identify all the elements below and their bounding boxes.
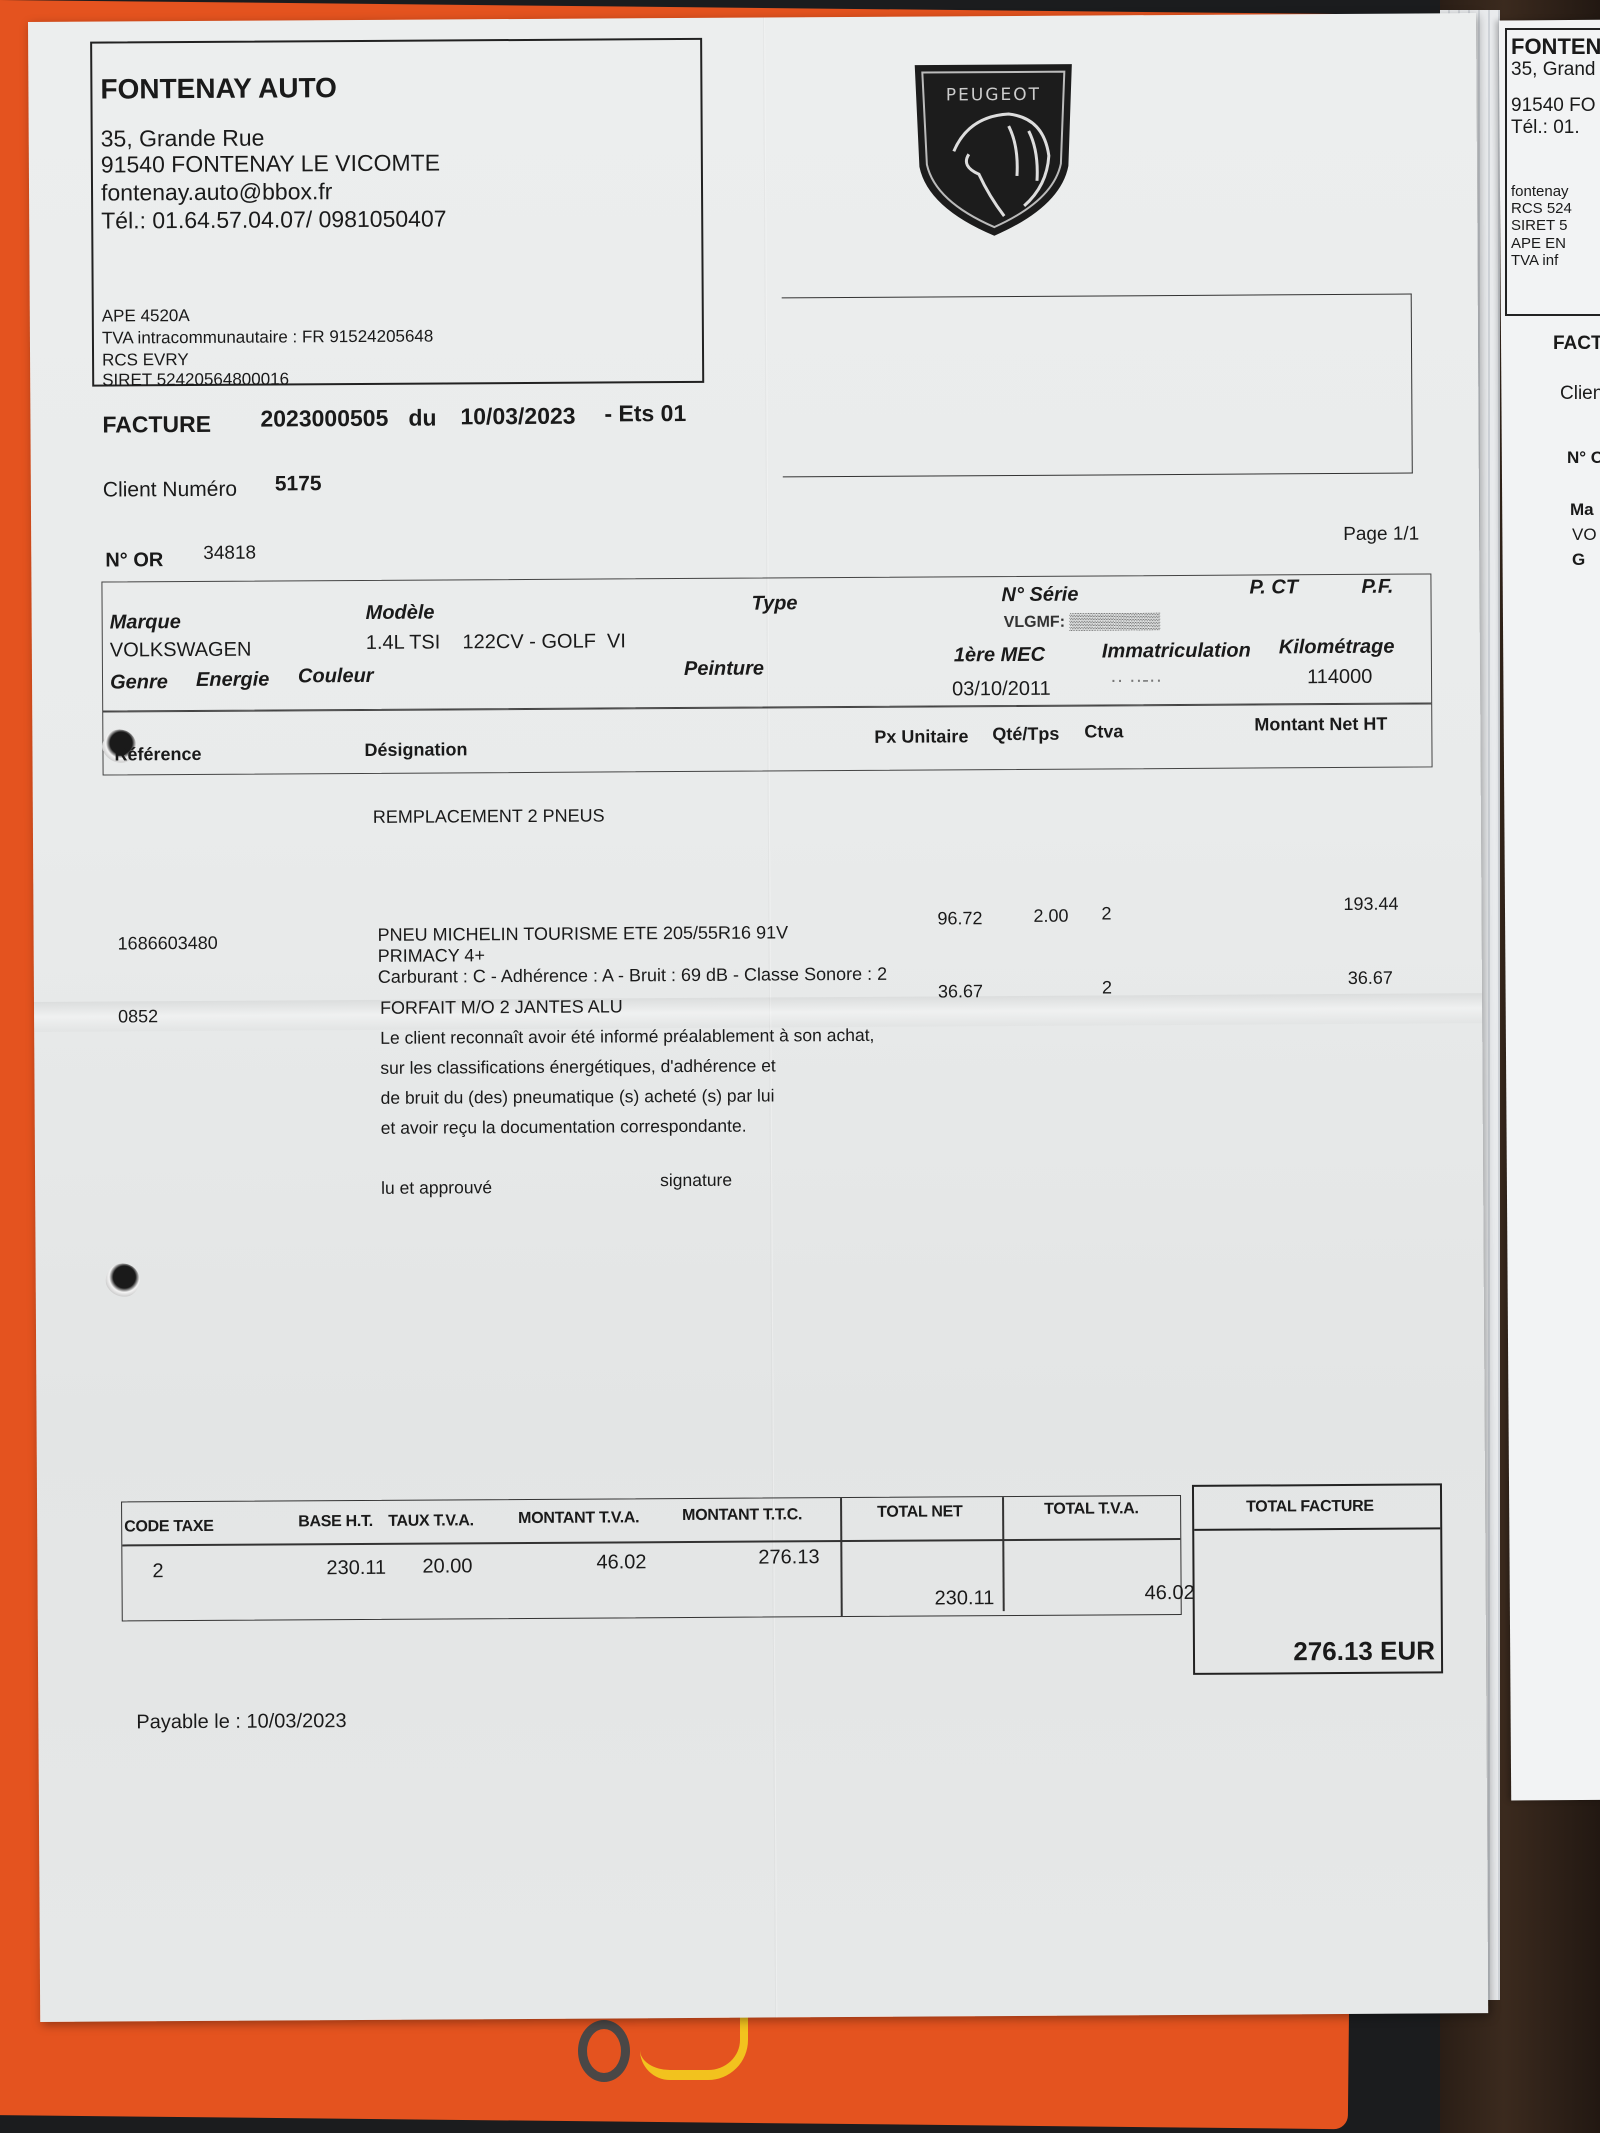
line-1-qte: 2.00: [1033, 906, 1068, 927]
second-facture: FACT: [1553, 333, 1600, 355]
invoice-number: 2023000505: [260, 405, 388, 433]
total-invoice-value: 276.13 EUR: [1293, 1635, 1435, 1667]
line-2-reference: 0852: [118, 1006, 158, 1027]
disclaimer-line-3: de bruit du (des) pneumatique (s) acheté…: [381, 1085, 775, 1108]
client-number-label: Client Numéro: [103, 478, 237, 503]
client-number: 5175: [275, 472, 322, 496]
lines-header-box: [102, 703, 1432, 775]
label-couleur: Couleur: [298, 665, 374, 688]
line-1-designation2: PRIMACY 4+: [378, 945, 485, 967]
second-phone: Tél.: 01.: [1511, 117, 1600, 139]
company-email: fontenay.auto@bbox.fr: [101, 178, 333, 207]
label-genre: Genre: [110, 671, 168, 694]
svg-text:PEUGEOT: PEUGEOT: [946, 85, 1041, 106]
punch-hole-icon: [106, 1263, 140, 1297]
peugeot-logo: PEUGEOT: [908, 56, 1079, 237]
second-marque: Ma: [1570, 500, 1594, 520]
yellow-cord: [640, 2010, 748, 2080]
company-address-line2: 91540 FONTENAY LE VICOMTE: [101, 149, 440, 179]
second-genre: G: [1572, 550, 1585, 570]
label-serie: N° Série: [1001, 584, 1078, 607]
second-email: fontenay: [1511, 183, 1600, 200]
line-1-designation: PNEU MICHELIN TOURISME ETE 205/55R16 91V: [378, 922, 789, 946]
company-address-line1: 35, Grande Rue: [101, 125, 265, 154]
header-ctva: Ctva: [1084, 721, 1123, 742]
company-info-box: FONTENAY AUTO 35, Grande Rue 91540 FONTE…: [90, 38, 704, 387]
or-number: 34818: [203, 543, 256, 565]
disclaimer-line-4: et avoir reçu la documentation correspon…: [381, 1116, 747, 1139]
second-rcs: RCS 524: [1511, 200, 1600, 217]
invoice-label: FACTURE: [102, 411, 211, 439]
line-1-ctva: 2: [1101, 903, 1111, 924]
line-1-designation3: Carburant : C - Adhérence : A - Bruit : …: [378, 964, 887, 988]
second-tva: TVA inf: [1511, 252, 1600, 269]
tax-header-base: BASE H.T.: [298, 1513, 373, 1531]
header-designation: Désignation: [364, 739, 467, 761]
tax-header-total-tva: TOTAL T.V.A.: [1044, 1500, 1139, 1519]
line-2-ctva: 2: [1102, 977, 1112, 998]
vehicle-km: 114000: [1307, 666, 1372, 689]
vehicle-marque: VOLKSWAGEN: [110, 639, 252, 663]
vehicle-immat: ·· ··-··: [1110, 669, 1162, 692]
company-name: FONTENAY AUTO: [100, 72, 337, 105]
second-vw: VO: [1572, 525, 1597, 545]
tax-header-code: CODE TAXE: [124, 1518, 214, 1537]
disclaimer-line-2: sur les classifications énergétiques, d'…: [380, 1055, 775, 1078]
tax-header-total-net: TOTAL NET: [877, 1503, 962, 1522]
vehicle-mec: 03/10/2011: [952, 678, 1051, 702]
second-invoice-company-box: FONTEN 35, Grand 91540 FO Tél.: 01. font…: [1505, 28, 1600, 316]
tax-header-taux: TAUX T.V.A.: [388, 1512, 474, 1531]
tax-header-montant-ttc: MONTANT T.T.C.: [682, 1506, 802, 1525]
label-energie: Energie: [196, 669, 269, 692]
label-marque: Marque: [110, 611, 181, 634]
header-px-unitaire: Px Unitaire: [874, 726, 968, 748]
total-invoice-box: TOTAL FACTURE 276.13 EUR: [1192, 1483, 1443, 1675]
lion-shield-icon: PEUGEOT: [908, 56, 1079, 237]
tax-header-montant-tva: MONTANT T.V.A.: [518, 1509, 639, 1528]
invoice-du: du: [408, 405, 436, 432]
label-type: Type: [751, 592, 797, 615]
header-montant: Montant Net HT: [1254, 714, 1387, 736]
total-tva-value: 46.02: [1145, 1582, 1195, 1605]
section-title: REMPLACEMENT 2 PNEUS: [373, 805, 605, 827]
label-immat: Immatriculation: [1102, 640, 1251, 664]
label-modele: Modèle: [366, 602, 435, 625]
invoice-establishment: - Ets 01: [604, 400, 686, 427]
label-peinture: Peinture: [684, 658, 764, 681]
header-reference: Référence: [114, 744, 201, 766]
second-client: Clien: [1560, 383, 1600, 405]
page-number: Page 1/1: [1343, 524, 1419, 546]
signature-label: signature: [660, 1170, 732, 1191]
second-address: 35, Grand: [1511, 59, 1600, 81]
client-address-box: [782, 294, 1413, 478]
or-label: N° OR: [105, 549, 163, 572]
label-mec: 1ère MEC: [954, 644, 1045, 668]
label-km: Kilométrage: [1279, 636, 1395, 660]
tax-summary-table: CODE TAXE BASE H.T. TAUX T.V.A. MONTANT …: [121, 1495, 1182, 1621]
approved-label: lu et approuvé: [381, 1177, 492, 1199]
second-or: N° O: [1567, 448, 1600, 468]
second-ape: APE EN: [1511, 235, 1600, 252]
tax-taux-value: 20.00: [422, 1555, 472, 1578]
payable-date: Payable le : 10/03/2023: [136, 1710, 346, 1734]
company-phone: Tél.: 01.64.57.04.07/ 0981050407: [101, 205, 446, 235]
disclaimer-line-1: Le client reconnaît avoir été informé pr…: [380, 1025, 874, 1049]
binder-ring: [578, 2020, 630, 2082]
tax-montant-ttc-value: 276.13: [758, 1546, 819, 1569]
tax-montant-tva-value: 46.02: [596, 1551, 646, 1574]
second-company-name: FONTEN: [1511, 34, 1600, 59]
label-pct: P. CT: [1249, 576, 1298, 599]
second-siret: SIRET 5: [1511, 217, 1600, 234]
company-ape: APE 4520A: [102, 305, 190, 328]
total-net-value: 230.11: [935, 1587, 995, 1610]
line-1-px-unitaire: 96.72: [937, 908, 982, 929]
line-2-px-unitaire: 36.67: [938, 981, 983, 1002]
tax-code-value: 2: [152, 1560, 163, 1583]
label-pf: P.F.: [1361, 576, 1393, 599]
line-2-designation: FORFAIT M/O 2 JANTES ALU: [380, 996, 623, 1018]
vehicle-serie: VLGMF: ▒▒▒▒▒▒▒▒: [1004, 613, 1161, 632]
company-siret: SIRET 52420564800016: [102, 368, 289, 391]
tax-base-value: 230.11: [326, 1557, 386, 1580]
invoice-sheet: FONTENAY AUTO 35, Grande Rue 91540 FONTE…: [28, 13, 1488, 2022]
company-tva: TVA intracommunautaire : FR 91524205648: [102, 326, 434, 350]
total-invoice-label: TOTAL FACTURE: [1246, 1498, 1374, 1517]
line-1-montant: 193.44: [1343, 894, 1398, 915]
line-1-reference: 1686603480: [118, 933, 218, 955]
second-city: 91540 FO: [1511, 95, 1600, 117]
vehicle-modele: 1.4L TSI 122CV - GOLF VI: [366, 630, 626, 655]
line-2-montant: 36.67: [1348, 968, 1393, 989]
header-qte: Qté/Tps: [992, 724, 1059, 745]
invoice-date: 10/03/2023: [460, 403, 575, 431]
